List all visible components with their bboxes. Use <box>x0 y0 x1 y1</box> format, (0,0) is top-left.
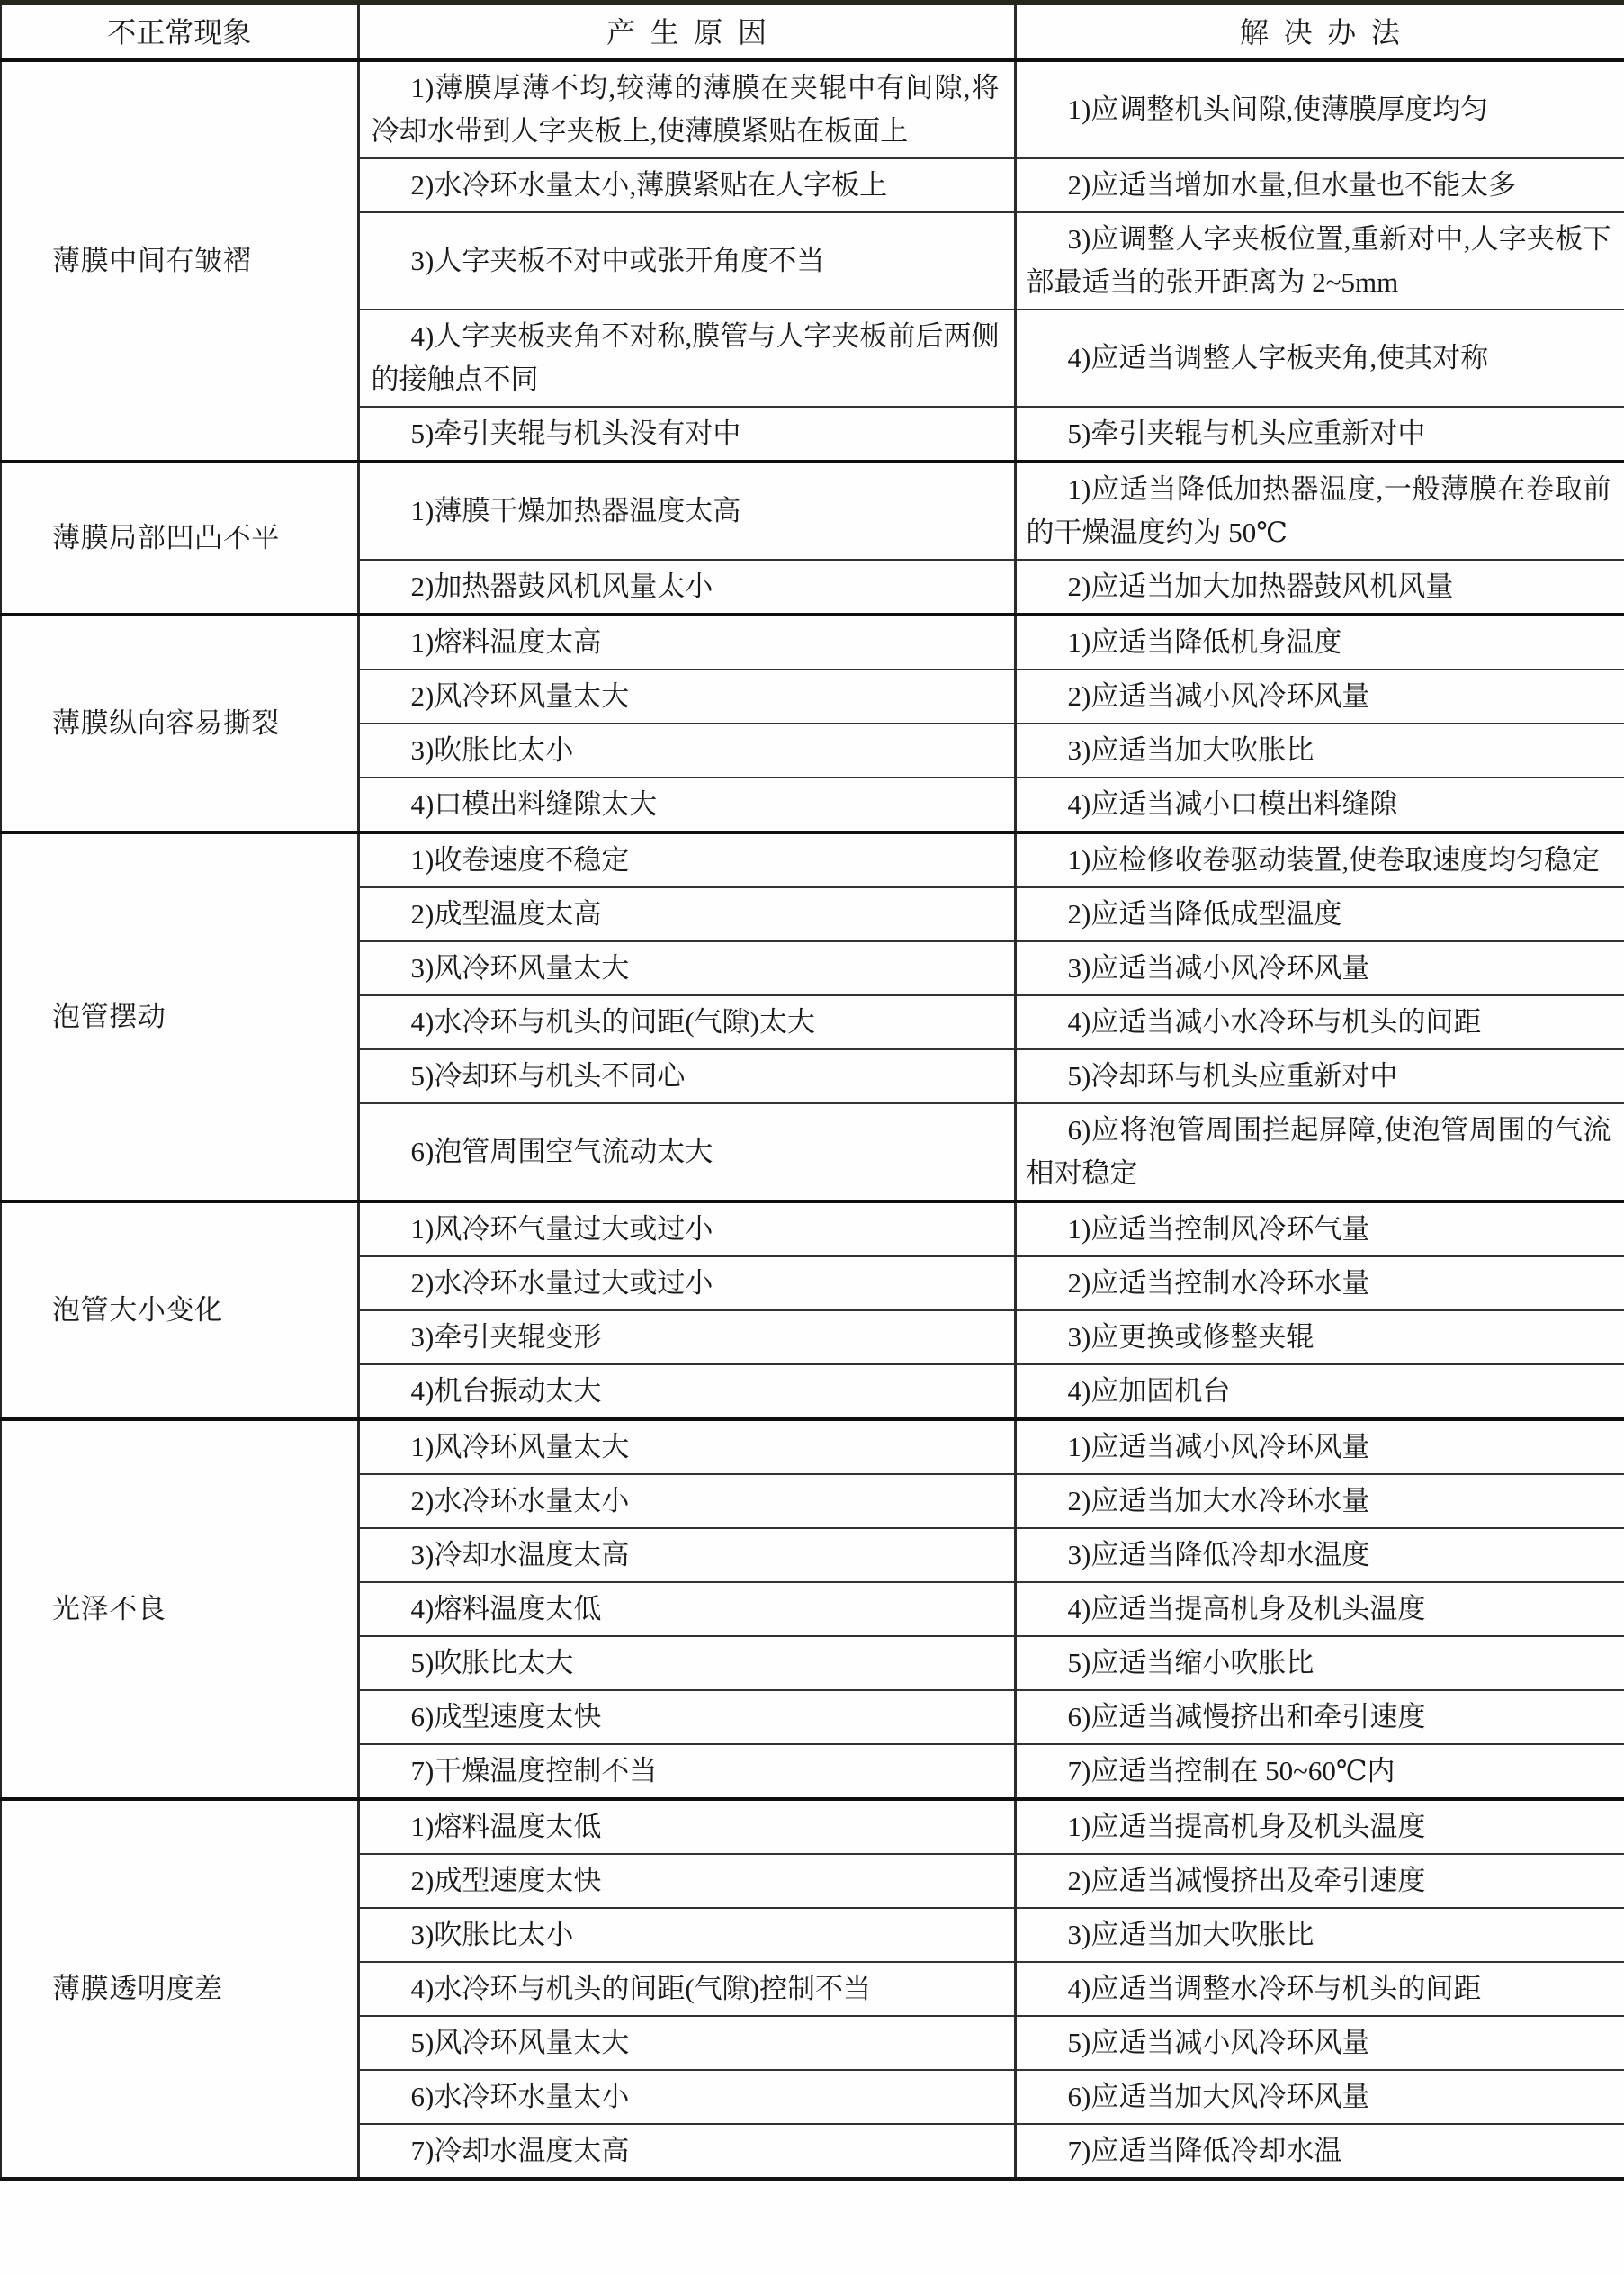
solution-cell: 1)应适当提高机身及机头温度 <box>1015 1799 1624 1854</box>
phenomenon-cell: 泡管大小变化 <box>1 1201 358 1419</box>
solution-cell: 1)应适当减小风冷环风量 <box>1015 1419 1624 1474</box>
solution-cell: 2)应适当控制水冷环水量 <box>1015 1256 1624 1310</box>
cause-cell: 1)熔料温度太低 <box>358 1799 1015 1854</box>
cause-cell: 6)泡管周围空气流动太大 <box>358 1103 1015 1201</box>
table-row: 薄膜中间有皱褶1)薄膜厚薄不均,较薄的薄膜在夹辊中有间隙,将冷却水带到人字夹板上… <box>1 60 1624 158</box>
table-row: 薄膜局部凹凸不平1)薄膜干燥加热器温度太高1)应适当降低加热器温度,一般薄膜在卷… <box>1 462 1624 560</box>
cause-cell: 1)薄膜厚薄不均,较薄的薄膜在夹辊中有间隙,将冷却水带到人字夹板上,使薄膜紧贴在… <box>358 60 1015 158</box>
cause-cell: 3)吹胀比太小 <box>358 724 1015 778</box>
cause-cell: 2)水冷环水量太小,薄膜紧贴在人字板上 <box>358 158 1015 212</box>
cause-cell: 1)熔料温度太高 <box>358 615 1015 670</box>
solution-cell: 6)应适当加大风冷环风量 <box>1015 2070 1624 2124</box>
solution-cell: 3)应适当降低冷却水温度 <box>1015 1528 1624 1582</box>
table-row: 薄膜透明度差1)熔料温度太低1)应适当提高机身及机头温度 <box>1 1799 1624 1854</box>
solution-cell: 4)应适当减小口模出料缝隙 <box>1015 778 1624 832</box>
solution-cell: 2)应适当减小风冷环风量 <box>1015 670 1624 724</box>
solution-cell: 4)应适当调整水冷环与机头的间距 <box>1015 1962 1624 2016</box>
solution-cell: 1)应适当降低加热器温度,一般薄膜在卷取前的干燥温度约为 50℃ <box>1015 462 1624 560</box>
phenomenon-cell: 光泽不良 <box>1 1419 358 1799</box>
cause-cell: 2)加热器鼓风机风量太小 <box>358 560 1015 615</box>
cause-cell: 5)吹胀比太大 <box>358 1636 1015 1690</box>
cause-cell: 4)机台振动太大 <box>358 1364 1015 1419</box>
troubleshooting-table: 不正常现象 产生原因 解决办法 薄膜中间有皱褶1)薄膜厚薄不均,较薄的薄膜在夹辊… <box>0 0 1624 2181</box>
solution-cell: 2)应适当减慢挤出及牵引速度 <box>1015 1854 1624 1908</box>
cause-cell: 2)成型速度太快 <box>358 1854 1015 1908</box>
solution-cell: 5)应适当减小风冷环风量 <box>1015 2016 1624 2070</box>
solution-cell: 4)应适当调整人字板夹角,使其对称 <box>1015 310 1624 407</box>
cause-cell: 3)冷却水温度太高 <box>358 1528 1015 1582</box>
cause-cell: 5)风冷环风量太大 <box>358 2016 1015 2070</box>
solution-cell: 7)应适当控制在 50~60℃内 <box>1015 1744 1624 1799</box>
solution-cell: 5)冷却环与机头应重新对中 <box>1015 1049 1624 1103</box>
table-body: 薄膜中间有皱褶1)薄膜厚薄不均,较薄的薄膜在夹辊中有间隙,将冷却水带到人字夹板上… <box>1 60 1624 2179</box>
solution-cell: 4)应加固机台 <box>1015 1364 1624 1419</box>
solution-cell: 3)应适当加大吹胀比 <box>1015 1908 1624 1962</box>
cause-cell: 1)薄膜干燥加热器温度太高 <box>358 462 1015 560</box>
cause-cell: 3)人字夹板不对中或张开角度不当 <box>358 212 1015 310</box>
cause-cell: 4)水冷环与机头的间距(气隙)太大 <box>358 995 1015 1049</box>
cause-cell: 4)熔料温度太低 <box>358 1582 1015 1636</box>
cause-cell: 5)牵引夹辊与机头没有对中 <box>358 407 1015 462</box>
cause-cell: 3)牵引夹辊变形 <box>358 1310 1015 1364</box>
cause-cell: 5)冷却环与机头不同心 <box>358 1049 1015 1103</box>
phenomenon-cell: 薄膜透明度差 <box>1 1799 358 2179</box>
table-row: 泡管摆动1)收卷速度不稳定1)应检修收卷驱动装置,使卷取速度均匀稳定 <box>1 832 1624 887</box>
cause-cell: 6)成型速度太快 <box>358 1690 1015 1744</box>
cause-cell: 4)人字夹板夹角不对称,膜管与人字夹板前后两侧的接触点不同 <box>358 310 1015 407</box>
cause-cell: 2)水冷环水量过大或过小 <box>358 1256 1015 1310</box>
cause-cell: 2)成型温度太高 <box>358 887 1015 941</box>
solution-cell: 1)应调整机头间隙,使薄膜厚度均匀 <box>1015 60 1624 158</box>
solution-cell: 4)应适当提高机身及机头温度 <box>1015 1582 1624 1636</box>
table-row: 泡管大小变化1)风冷环气量过大或过小1)应适当控制风冷环气量 <box>1 1201 1624 1256</box>
solution-cell: 1)应检修收卷驱动装置,使卷取速度均匀稳定 <box>1015 832 1624 887</box>
cause-cell: 1)风冷环风量太大 <box>358 1419 1015 1474</box>
phenomenon-cell: 薄膜中间有皱褶 <box>1 60 358 462</box>
table-row: 薄膜纵向容易撕裂1)熔料温度太高1)应适当降低机身温度 <box>1 615 1624 670</box>
cause-cell: 7)冷却水温度太高 <box>358 2124 1015 2179</box>
solution-cell: 3)应更换或修整夹辊 <box>1015 1310 1624 1364</box>
cause-cell: 7)干燥温度控制不当 <box>358 1744 1015 1799</box>
solution-cell: 6)应适当减慢挤出和牵引速度 <box>1015 1690 1624 1744</box>
table-header: 不正常现象 产生原因 解决办法 <box>1 3 1624 60</box>
cause-cell: 3)风冷环风量太大 <box>358 941 1015 995</box>
solution-cell: 3)应适当减小风冷环风量 <box>1015 941 1624 995</box>
header-row: 不正常现象 产生原因 解决办法 <box>1 3 1624 60</box>
cause-cell: 2)水冷环水量太小 <box>358 1474 1015 1528</box>
solution-cell: 5)牵引夹辊与机头应重新对中 <box>1015 407 1624 462</box>
phenomenon-cell: 薄膜纵向容易撕裂 <box>1 615 358 832</box>
cause-cell: 1)收卷速度不稳定 <box>358 832 1015 887</box>
solution-cell: 4)应适当减小水冷环与机头的间距 <box>1015 995 1624 1049</box>
scanned-page: 不正常现象 产生原因 解决办法 薄膜中间有皱褶1)薄膜厚薄不均,较薄的薄膜在夹辊… <box>0 0 1624 2181</box>
solution-cell: 6)应将泡管周围拦起屏障,使泡管周围的气流相对稳定 <box>1015 1103 1624 1201</box>
solution-cell: 5)应适当缩小吹胀比 <box>1015 1636 1624 1690</box>
col-header-solution: 解决办法 <box>1015 3 1624 60</box>
solution-cell: 3)应调整人字夹板位置,重新对中,人字夹板下部最适当的张开距离为 2~5mm <box>1015 212 1624 310</box>
solution-cell: 1)应适当降低机身温度 <box>1015 615 1624 670</box>
col-header-phenomenon: 不正常现象 <box>1 3 358 60</box>
cause-cell: 1)风冷环气量过大或过小 <box>358 1201 1015 1256</box>
phenomenon-cell: 泡管摆动 <box>1 832 358 1201</box>
solution-cell: 2)应适当加大水冷环水量 <box>1015 1474 1624 1528</box>
cause-cell: 4)口模出料缝隙太大 <box>358 778 1015 832</box>
cause-cell: 6)水冷环水量太小 <box>358 2070 1015 2124</box>
cause-cell: 4)水冷环与机头的间距(气隙)控制不当 <box>358 1962 1015 2016</box>
cause-cell: 2)风冷环风量太大 <box>358 670 1015 724</box>
solution-cell: 2)应适当加大加热器鼓风机风量 <box>1015 560 1624 615</box>
solution-cell: 3)应适当加大吹胀比 <box>1015 724 1624 778</box>
solution-cell: 2)应适当增加水量,但水量也不能太多 <box>1015 158 1624 212</box>
cause-cell: 3)吹胀比太小 <box>358 1908 1015 1962</box>
solution-cell: 2)应适当降低成型温度 <box>1015 887 1624 941</box>
solution-cell: 1)应适当控制风冷环气量 <box>1015 1201 1624 1256</box>
table-row: 光泽不良1)风冷环风量太大1)应适当减小风冷环风量 <box>1 1419 1624 1474</box>
col-header-cause: 产生原因 <box>358 3 1015 60</box>
phenomenon-cell: 薄膜局部凹凸不平 <box>1 462 358 615</box>
solution-cell: 7)应适当降低冷却水温 <box>1015 2124 1624 2179</box>
